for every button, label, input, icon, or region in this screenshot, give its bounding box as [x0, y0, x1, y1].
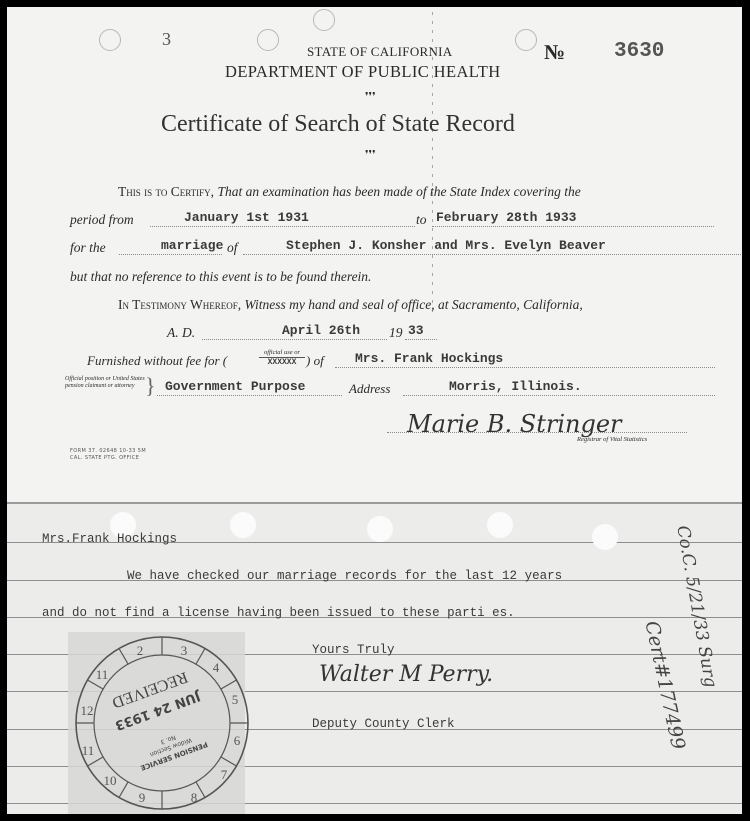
fraction: official use or XXXXXX — [259, 348, 305, 367]
address-value: Morris, Illinois. — [449, 379, 582, 394]
margin-mark: 3 — [162, 29, 171, 50]
state-heading: STATE OF CALIFORNIA — [307, 44, 453, 60]
punch-hole-marker — [257, 29, 279, 51]
received-stamp-icon: 3 4 5 6 7 8 9 10 11 12 11 2 PENSION SERV… — [74, 635, 250, 811]
svg-text:5: 5 — [232, 692, 239, 707]
clerk-title: Deputy County Clerk — [312, 717, 455, 731]
of-label: of — [227, 240, 238, 256]
number-label: № — [544, 40, 565, 65]
brace: } — [145, 373, 156, 399]
period-from-value: January 1st 1931 — [184, 210, 309, 225]
official-position-note: Official position or United States pensi… — [65, 376, 145, 390]
letter-line-2: and do not find a license having been is… — [42, 606, 515, 620]
address-field: Morris, Illinois. — [403, 379, 715, 396]
svg-text:4: 4 — [213, 660, 220, 675]
registrar-signature: Marie B. Stringer — [407, 410, 622, 438]
certify-lead: This is to Certify, — [118, 184, 214, 199]
svg-text:11: 11 — [96, 667, 109, 682]
ornament-bottom: ❜❜❜ — [365, 148, 376, 161]
testimony-line: In Testimony Whereof, Witness my hand an… — [118, 297, 583, 313]
purpose-value: Government Purpose — [165, 379, 305, 394]
fraction-top: official use or — [259, 348, 305, 358]
year-value: 33 — [408, 323, 424, 338]
punch-hole — [367, 516, 393, 542]
furnished-close: ) of — [306, 353, 324, 369]
certificate-title: Certificate of Search of State Record — [161, 111, 515, 138]
no-reference-text: but that no reference to this event is t… — [70, 269, 371, 285]
svg-text:11: 11 — [82, 743, 95, 758]
parties-field: Stephen J. Konsher and Mrs. Evelyn Beave… — [243, 238, 742, 255]
for-the-label: for the — [70, 240, 106, 256]
svg-text:12: 12 — [81, 703, 94, 718]
svg-text:8: 8 — [191, 790, 198, 805]
letter-salutation: Mrs.Frank Hockings — [42, 532, 177, 546]
punch-hole — [487, 512, 513, 538]
svg-text:2: 2 — [137, 643, 144, 658]
punch-hole-marker — [515, 29, 537, 51]
registrar-title: Registrar of Vital Statistics — [577, 436, 647, 443]
svg-text:9: 9 — [139, 790, 146, 805]
furnished-for-field: Mrs. Frank Hockings — [335, 351, 715, 368]
event-type-value: marriage — [161, 238, 223, 253]
punch-hole-marker — [313, 9, 335, 31]
margin-note-certificate: Cert#177499 — [640, 619, 689, 752]
certificate-number: 3630 — [614, 40, 664, 63]
certify-line: This is to Certify, That an examination … — [118, 184, 581, 200]
svg-text:7: 7 — [221, 767, 228, 782]
department-heading: DEPARTMENT OF PUBLIC HEALTH — [225, 62, 501, 82]
signature-line — [387, 432, 687, 433]
address-label: Address — [349, 381, 390, 397]
ad-label: A. D. — [167, 325, 195, 341]
period-to-value: February 28th 1933 — [436, 210, 576, 225]
svg-text:10: 10 — [104, 773, 117, 788]
date-field: April 26th — [202, 323, 387, 340]
purpose-field: Government Purpose — [157, 379, 342, 396]
to-label: to — [416, 212, 427, 228]
letter-closing: Yours Truly — [312, 643, 395, 657]
county-clerk-letter: Mrs.Frank Hockings We have checked our m… — [7, 502, 742, 814]
period-to-field: February 28th 1933 — [432, 210, 714, 227]
year-prefix: 19 — [389, 325, 403, 341]
testimony-text: Witness my hand and seal of office, at S… — [245, 297, 583, 312]
punch-hole — [230, 512, 256, 538]
svg-text:3: 3 — [181, 643, 188, 658]
period-from-field: January 1st 1931 — [150, 210, 415, 227]
svg-text:6: 6 — [234, 733, 241, 748]
certify-text: That an examination has been made of the… — [217, 184, 580, 199]
fraction-bottom: XXXXXX — [259, 358, 305, 367]
ornament-top: ❜❜❜ — [365, 90, 376, 103]
date-value: April 26th — [282, 323, 360, 338]
punch-hole-marker — [99, 29, 121, 51]
furnished-for-value: Mrs. Frank Hockings — [355, 351, 503, 366]
parties-value: Stephen J. Konsher and Mrs. Evelyn Beave… — [286, 238, 606, 253]
furnished-label: Furnished without fee for ( — [87, 353, 227, 369]
form-number: FORM 37. 02648 10-33 5M CAL. STATE PTG. … — [70, 448, 146, 462]
letter-line-1: We have checked our marriage records for… — [127, 569, 562, 583]
clerk-signature: Walter M Perry. — [319, 662, 493, 687]
year-field: 33 — [405, 323, 437, 340]
punch-hole — [592, 524, 618, 550]
margin-note-date: Co.C. 5/21/33 Surg — [672, 524, 720, 689]
document-page: 3 STATE OF CALIFORNIA DEPARTMENT OF PUBL… — [7, 7, 742, 814]
period-label: period from — [70, 212, 134, 228]
testimony-lead: In Testimony Whereof, — [118, 297, 241, 312]
event-type-field: marriage — [119, 238, 222, 255]
